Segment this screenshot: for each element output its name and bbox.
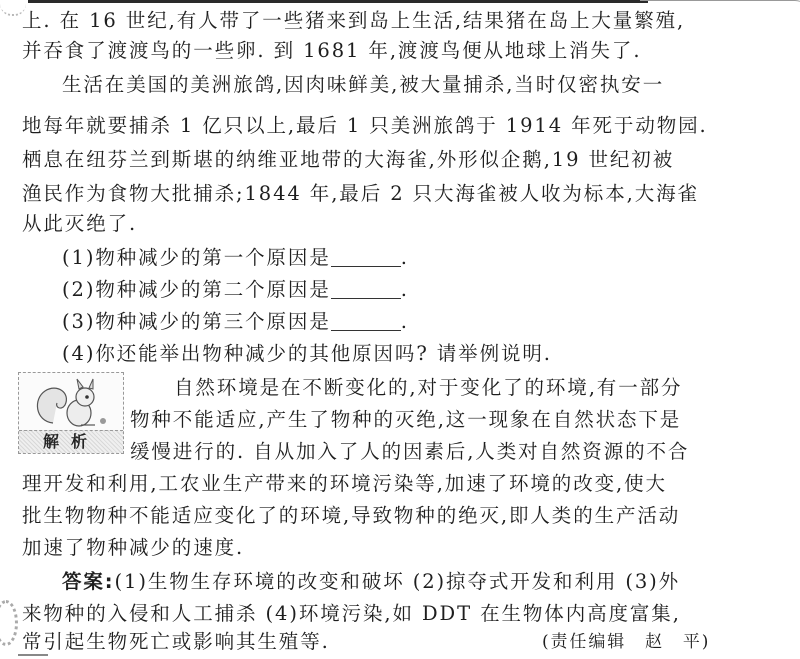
answer-text: (1)生物生存环境的改变和破坏 (2)掠夺式开发和利用 (3)外 [115, 570, 681, 593]
question-end: . [401, 310, 409, 333]
passage-line: 并吞食了渡渡鸟的一些卵. 到 1681 年,渡渡鸟便从地球上消失了. [22, 36, 641, 66]
passage-line: 地每年就要捕杀 1 亿只以上,最后 1 只美洲旅鸽于 1914 年死于动物园. [22, 111, 708, 141]
answer-line: 来物种的入侵和人工捕杀 (4)环境污染,如 DDT 在生物体内高度富集, [22, 599, 681, 629]
answer-blank[interactable] [331, 310, 401, 331]
bottom-mark [18, 654, 48, 656]
answer-blank[interactable] [331, 278, 401, 299]
passage-line: 从此灭绝了. [22, 209, 137, 239]
answer-blank[interactable] [331, 246, 401, 267]
question-3: (3)物种减少的第三个原因是. [22, 307, 409, 337]
question-text: (2)物种减少的第二个原因是 [62, 278, 331, 301]
question-end: . [401, 278, 409, 301]
question-4: (4)你还能举出物种减少的其他原因吗? 请举例说明. [22, 339, 552, 369]
question-2: (2)物种减少的第二个原因是. [22, 275, 409, 305]
margin-ornament [0, 600, 18, 646]
analysis-line: 批生物物种不能适应变化了的环境,导致物种的绝灭,即人类的生产活动 [22, 501, 680, 531]
answer-line: 常引起生物死亡或影响其生殖等. [22, 627, 330, 657]
passage-line: 生活在美国的美洲旅鸽,因肉味鲜美,被大量捕杀,当时仅密执安一 [22, 70, 664, 100]
question-1: (1)物种减少的第一个原因是. [22, 243, 409, 273]
question-text: (1)物种减少的第一个原因是 [62, 246, 331, 269]
question-text: (3)物种减少的第三个原因是 [62, 310, 331, 333]
squirrel-mascot-icon [31, 377, 111, 431]
analysis-label: 解析 [19, 430, 123, 453]
passage-line: 渔民作为食物大批捕杀;1844 年,最后 2 只大海雀被人收为标本,大海雀 [22, 179, 699, 209]
analysis-line: 缓慢进行的. 自从加入了人的因素后,人类对自然资源的不合 [130, 437, 689, 467]
answer-line: 答案:(1)生物生存环境的改变和破坏 (2)掠夺式开发和利用 (3)外 [22, 567, 680, 597]
analysis-line: 理开发和利用,工农业生产带来的环境污染等,加速了环境的改变,使大 [22, 469, 667, 499]
analysis-line: 加速了物种减少的速度. [22, 533, 244, 563]
passage-line: 栖息在纽芬兰到斯堪的纳维亚地带的大海雀,外形似企鹅,19 世纪初被 [22, 145, 674, 175]
analysis-badge: 解析 [18, 372, 124, 454]
question-text: (4)你还能举出物种减少的其他原因吗? 请举例说明. [62, 342, 552, 365]
analysis-line: 物种不能适应,产生了物种的灭绝,这一现象在自然状态下是 [130, 405, 681, 435]
editor-credit: (责任编辑 赵 平) [542, 627, 710, 657]
analysis-line: 自然环境是在不断变化的,对于变化了的环境,有一部分 [174, 373, 682, 403]
answer-label: 答案: [62, 570, 115, 593]
question-end: . [401, 246, 409, 269]
passage-line: 上. 在 16 世纪,有人带了一些猪来到岛上生活,结果猪在岛上大量繁殖, [22, 6, 685, 36]
top-rule [28, 0, 648, 3]
